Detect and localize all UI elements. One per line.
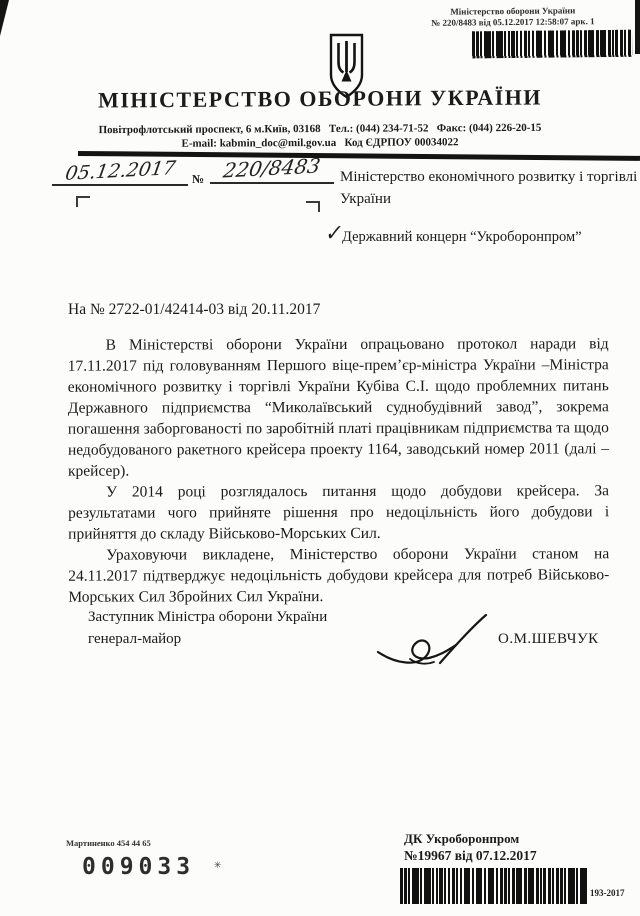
handwritten-date: 05.12.2017 <box>63 157 176 185</box>
barcode-side-label: 193-2017 <box>590 888 625 898</box>
ministry-title: МІНІСТЕРСТВО ОБОРОНИ УКРАЇНИ <box>0 84 640 114</box>
stamp-number-digits: 009033 <box>82 854 195 880</box>
corner-bracket-left <box>76 196 90 207</box>
executor-line: Мартиненко 454 44 65 <box>66 838 151 848</box>
paragraph-2: У 2014 році розглядалось питання щодо до… <box>68 480 609 544</box>
number-sign: № <box>192 172 204 187</box>
signature-scribble-icon <box>368 612 496 674</box>
barcode-icon <box>400 868 588 904</box>
handwritten-number-field: 220/8483 <box>210 156 334 184</box>
registration-stamp: Міністерство оборони України № 220/8483 … <box>388 5 639 60</box>
recipient-ministry: Міністерство економічного розвитку і тор… <box>340 166 640 210</box>
recipient-concern: Державний концерн “Укроборонпром” <box>342 229 640 246</box>
handwritten-date-field: 05.12.2017 <box>52 160 188 186</box>
contact-line: E-mail: kabmin_doc@mil.gov.ua Код ЄДРПОУ… <box>0 135 640 150</box>
footer-registration-number: №19967 від 07.12.2017 <box>404 848 537 864</box>
incoming-stamp-number: 009033 ✳ <box>82 854 221 880</box>
signer-position-line1: Заступник Міністра оборони України <box>88 606 327 628</box>
footer-org-name: ДК Укроборонпром <box>404 831 519 847</box>
checkmark-icon: ✓ <box>323 220 343 247</box>
paragraph-3: Ураховуючи викладене, Міністерство оборо… <box>68 543 609 607</box>
reply-reference-line: На № 2722-01/42414-03 від 20.11.2017 <box>68 301 320 319</box>
signer-name: О.М.ШЕВЧУК <box>498 631 599 648</box>
stamp-number-line: № 220/8483 від 05.12.2017 12:58:07 арк. … <box>388 16 638 30</box>
signer-position-line2: генерал-майор <box>88 628 327 650</box>
letter-body: В Міністерстві оборони України опрацьова… <box>68 333 610 607</box>
corner-bracket-right <box>306 201 320 212</box>
paragraph-1: В Міністерстві оборони України опрацьова… <box>68 333 609 481</box>
asterisk-mark-icon: ✳ <box>214 857 221 871</box>
address-line: Повітрофлотський проспект, 6 м.Київ, 031… <box>0 121 640 136</box>
handwritten-number: 220/8483 <box>222 154 323 183</box>
scanned-letter-page: Міністерство оборони України № 220/8483 … <box>0 0 640 916</box>
signer-position: Заступник Міністра оборони України генер… <box>88 606 327 650</box>
scan-artifact-top-left <box>0 0 9 36</box>
barcode-icon <box>472 30 632 59</box>
